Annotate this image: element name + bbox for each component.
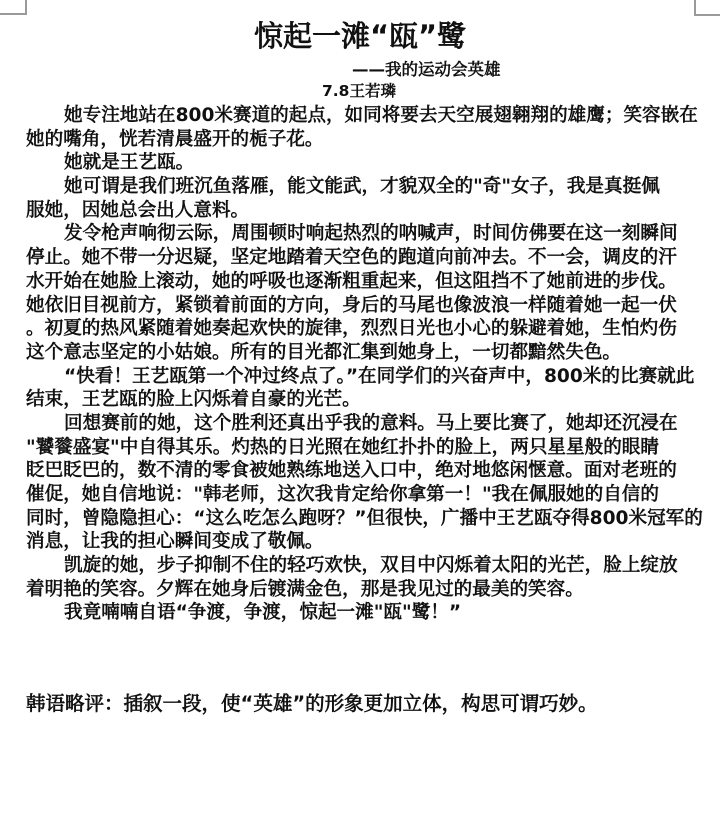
body-line: "饕餮盛宴"中自得其乐。灼热的日光照在她红扑扑的脸上，两只星星般的眼睛 [26, 436, 696, 460]
crop-mark-top-left [0, 0, 27, 15]
body-line: 。初夏的热风紧随着她奏起欢快的旋律，烈烈日光也小心的躲避着她，生怕灼伤 [26, 317, 696, 341]
essay-subtitle: ——我的运动会英雄 [352, 59, 501, 81]
body-line: 她可谓是我们班沉鱼落雁，能文能武，才貌双全的"奇"女子，我是真挺佩 [26, 175, 696, 199]
body-line: 着明艳的笑容。夕辉在她身后镀满金色，那是我见过的最美的笑容。 [26, 578, 696, 602]
body-line: 这个意志坚定的小姑娘。所有的目光都汇集到她身上，一切都黯然失色。 [26, 341, 696, 365]
body-line: 眨巴眨巴的，数不清的零食被她熟练地送入口中，绝对地悠闲惬意。面对老班的 [26, 459, 696, 483]
body-line: 服她，因她总会出人意料。 [26, 199, 696, 223]
body-line: 她就是王艺瓯。 [26, 151, 696, 175]
body-line: “快看！王艺瓯第一个冲过终点了。”在同学们的兴奋声中，800米的比赛就此 [26, 365, 696, 389]
body-line: 凯旋的她，步子抑制不住的轻巧欢快，双目中闪烁着太阳的光芒，脸上绽放 [26, 554, 696, 578]
body-line: 催促，她自信地说："韩老师，这次我肯定给你拿第一！"我在佩服她的自信的 [26, 483, 696, 507]
body-line: 停止。她不带一分迟疑，坚定地踏着天空色的跑道向前冲去。不一会，调皮的汗 [26, 246, 696, 270]
body-line: 她专注地站在800米赛道的起点，如同将要去天空展翅翱翔的雄鹰；笑容嵌在 [26, 104, 696, 128]
essay-title: 惊起一滩“瓯”鹭 [0, 18, 720, 54]
body-line: 回想赛前的她，这个胜利还真出乎我的意料。马上要比赛了，她却还沉浸在 [26, 412, 696, 436]
body-line: 消息，让我的担心瞬间变成了敬佩。 [26, 530, 696, 554]
crop-mark-top-right [694, 0, 720, 16]
body-line: 她依旧目视前方，紧锁着前面的方向，身后的马尾也像波浪一样随着她一起一伏 [26, 294, 696, 318]
essay-author: 7.8王若璘 [322, 80, 396, 102]
body-line: 我竟喃喃自语“争渡，争渡，惊起一滩"瓯"鹭！” [26, 601, 696, 625]
body-line: 发令枪声响彻云际，周围顿时响起热烈的呐喊声，时间仿佛要在这一刻瞬间 [26, 222, 696, 246]
body-line: 水开始在她脸上滚动，她的呼吸也逐渐粗重起来，但这阻挡不了她前进的步伐。 [26, 270, 696, 294]
body-line: 同时，曾隐隐担心：“这么吃怎么跑呀？”但很快，广播中王艺瓯夺得800米冠军的 [26, 507, 696, 531]
teacher-comment: 韩语略评：插叙一段，使“英雄”的形象更加立体，构思可谓巧妙。 [26, 690, 598, 718]
essay-body: 她专注地站在800米赛道的起点，如同将要去天空展翅翱翔的雄鹰；笑容嵌在 她的嘴角… [26, 104, 696, 625]
body-line: 结束，王艺瓯的脸上闪烁着自豪的光芒。 [26, 388, 696, 412]
body-line: 她的嘴角，恍若清晨盛开的栀子花。 [26, 128, 696, 152]
